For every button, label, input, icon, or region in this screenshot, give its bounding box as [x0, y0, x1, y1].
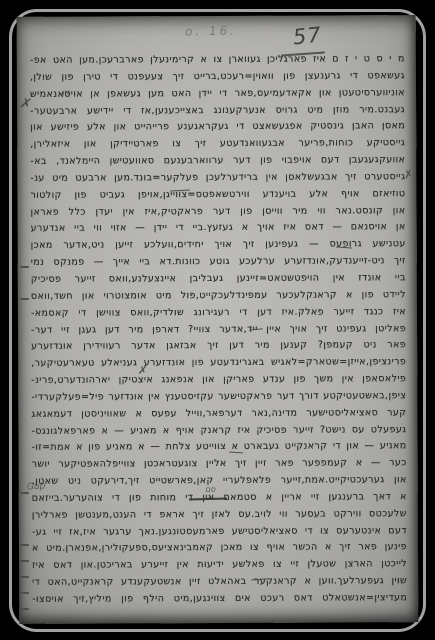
margin-dash-mark — [20, 492, 29, 494]
text-line: אוניווערסיטעטן און אקאדעמיעס,פאר די יידן… — [30, 85, 405, 103]
text-line: מאניע — און די קראנקייט געבארט א צווייטע… — [32, 439, 407, 457]
text-line: ציפן,באשטעטיקטע דורך דער פראקטישער עקזיס… — [31, 388, 406, 406]
text-line: מ י ס ט י ז ם איז פארגליכן געווארן צו א … — [30, 51, 405, 69]
text-line: און קונסט.נאר ווי מיר ווייסן פון דער פרא… — [30, 203, 405, 221]
text-line: גייסטיקע כוחות,פריער אבגעוואנדעטע זיך צו… — [30, 135, 405, 153]
scanned-page: מ י ס ט י ז ם איז פארגליכן געווארן צו א … — [17, 15, 419, 624]
text-line: לייכטן הארצן שטעלן זיי צו פאלשע ידיעות א… — [32, 556, 407, 574]
text-line: שוין געפערלעך.ווען א קראנקער באהאלט זיין… — [32, 573, 407, 591]
text-line: כער — א קעמפפער פאר זיין זיך אליין צוגעט… — [32, 455, 407, 473]
text-line: מעדיצין=אנשטאלט דאס רעכט אים צווינגען,מי… — [32, 590, 407, 608]
text-line: קער סאציאליסטישער מדינה,נאר דערפאר,ווייל… — [31, 405, 406, 423]
handwritten-margin-note: Gup — [27, 481, 46, 492]
handwritten-page-number: 57 — [292, 23, 323, 50]
text-line: ביי אונדז אין הויפטשטאט=זיינען געבליבן א… — [31, 270, 406, 288]
margin-dash-mark — [20, 266, 29, 268]
text-line: אן אויסנאם — דאס איז אויך א געזעץ.ביי די… — [31, 220, 406, 238]
typewritten-text-block: מ י ס ט י ז ם איז פארגליכן געווארן צו א … — [30, 51, 407, 608]
text-line: עטנישע גרופעס — געפינען זיך אויך יחידים,… — [31, 236, 406, 254]
text-line: פינען פאר זיך א הכשר אויף צו מאכן קאמבינ… — [32, 540, 407, 558]
text-line: מאסן האבן גינסטיק אפגעשאצט די געקראגענע … — [30, 119, 405, 137]
margin-dash-mark — [20, 544, 29, 546]
text-line: פרינציפן,אייזן=שטארק=לאגיש באגרינדעטע פו… — [31, 354, 406, 372]
handwritten-inline-correction: סם — [205, 485, 216, 494]
text-line: זיך ניט-זייענדעק,אונדזערע ערלעכע גוטע כו… — [31, 253, 406, 271]
margin-dash-mark — [20, 298, 29, 300]
text-line: געבנט.מיר מוזן מיט גרויס אנערקענונג באצי… — [30, 102, 405, 120]
pencil-x-mark: ✗ — [137, 364, 147, 378]
handwritten-top-note: o. 16. — [185, 24, 237, 39]
text-line: דעם אינטערעס צו די סאציאליסטישע פארמעסטו… — [32, 523, 407, 541]
text-line: געפעלט עס נישט? זייער פסיכיק איז קראנק א… — [31, 422, 406, 440]
text-line: שלעכטס ווירקט בעסער ווי לויב.עס לאזן זיך… — [32, 506, 407, 524]
text-line: טוזיאזם אויף אלע בויענדע ווירטשאפטס=צווי… — [30, 186, 405, 204]
margin-dash-mark — [20, 560, 29, 562]
text-line: און גערעכטיקייט.אמת,זייער פלאפלעריי קאן,… — [32, 472, 407, 490]
handwritten-small-note: אן — [62, 88, 70, 97]
margin-dash-mark — [20, 592, 29, 594]
text-line: פאר ניט קעמפן? קענען מיר דען זיך אבזאגן … — [31, 338, 406, 356]
text-line: פאליטן געפינט זיך אויך איין ייד,אדער צוו… — [31, 321, 406, 339]
text-line: אוועקגעגעבן דעם אויפבוי פון דער ערווארבע… — [30, 152, 405, 170]
margin-dash-mark — [20, 608, 29, 610]
text-line: פילאסאפן אין משך פון ענדע פאריקן און אנפ… — [31, 371, 406, 389]
text-line: איז כנגד זייער פאלק.איז דען די רעגירונג … — [31, 304, 406, 322]
margin-dash-mark — [20, 576, 29, 578]
text-line: געשאפט די גרענעצן פון וואוין=רעכט,ברייט … — [30, 68, 405, 86]
pencil-check-mark: ✗ — [403, 167, 414, 181]
text-line: גייסטערט זיך אבגעשלאסן אין ברידערלעכן פע… — [30, 169, 405, 187]
text-line: ליידט פון א קראנקלעכער עמפינדלעכקייט,פול… — [31, 287, 406, 305]
